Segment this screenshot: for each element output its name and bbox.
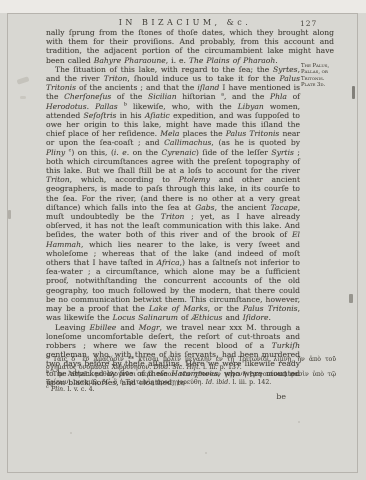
scan-artifact — [8, 210, 11, 219]
footnotes: a Ταῖς δ᾽ ἐν Ἀμαζόσιν ** κτίσαι πόλιν με… — [46, 356, 336, 394]
running-header: IN BIZACIUM, &c. — [60, 18, 310, 27]
scan-artifact — [352, 86, 355, 99]
scanned-book-page: IN BIZACIUM, &c. 127 nally ſprung from t… — [0, 0, 366, 480]
paragraph-continuation: nally ſprung from the ſtones of thoſe da… — [46, 28, 334, 65]
scan-speckle — [298, 421, 300, 423]
margin-note: The Palus, Pallas, or Tritonis. Plate 3d… — [301, 63, 347, 88]
scan-edge-strip — [0, 0, 366, 13]
text-block: nally ſprung from the ſtones of thoſe da… — [46, 28, 334, 387]
scan-speckle — [70, 432, 72, 434]
footnote-c: c Plin. l. v. c. 4. — [46, 386, 336, 394]
scan-artifact — [349, 294, 353, 303]
page-number: 127 — [300, 19, 317, 28]
footnote-a: a Ταῖς δ᾽ ἐν Ἀμαζόσιν ** κτίσαι πόλιν με… — [46, 356, 336, 371]
catchword: be — [240, 392, 286, 401]
footnote-b: b Τὴν Ἀθηνᾶν μυθολογοῦσι περὶ τόπον τῶν … — [46, 371, 336, 386]
paragraph-palus-tritonis: The ſituation of this lake, with regard … — [46, 65, 300, 323]
scan-speckle — [205, 452, 207, 454]
scan-artifact — [20, 96, 26, 99]
